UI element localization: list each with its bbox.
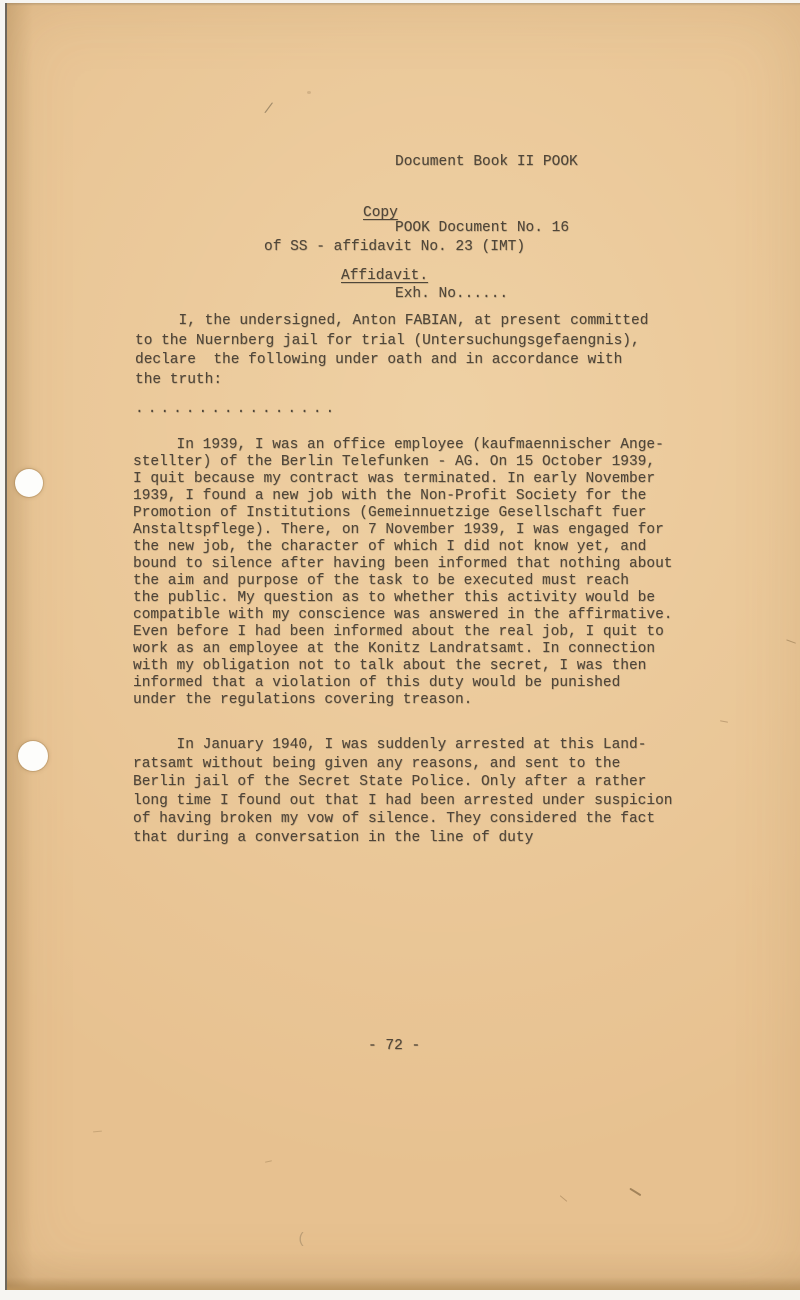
- hole-punch-bottom: [18, 741, 48, 771]
- paper-speck: [560, 1195, 568, 1202]
- dotted-line: ................: [135, 401, 338, 417]
- paper-speck: [720, 720, 728, 723]
- pencil-mark-slash: /: [263, 100, 274, 118]
- paper-speck: [307, 91, 311, 94]
- title-affidavit: Affidavit.: [341, 268, 428, 284]
- paper-sheet: Document Book II POOK POOK Document No. …: [5, 3, 800, 1290]
- header-document-number: POOK Document No. 16: [395, 217, 578, 239]
- header-exhibit-number: Exh. No......: [395, 283, 578, 305]
- intro-paragraph: I, the undersigned, Anton FABIAN, at pre…: [135, 312, 705, 390]
- pencil-mark-paren: (: [297, 1231, 306, 1248]
- paper-speck: [786, 639, 796, 644]
- title-copy: Copy: [363, 205, 398, 221]
- header-document-book: Document Book II POOK: [395, 151, 578, 173]
- hole-punch-top: [15, 469, 43, 497]
- page-number: - 72 -: [368, 1038, 420, 1054]
- paper-speck: [93, 1131, 102, 1133]
- paragraph-1939: In 1939, I was an office employee (kaufm…: [133, 437, 713, 709]
- paper-speck: [630, 1188, 642, 1196]
- paragraph-1940: In January 1940, I was suddenly arrested…: [133, 736, 713, 847]
- paper-speck: [265, 1160, 272, 1163]
- title-subtitle: of SS - affidavit No. 23 (IMT): [264, 239, 525, 255]
